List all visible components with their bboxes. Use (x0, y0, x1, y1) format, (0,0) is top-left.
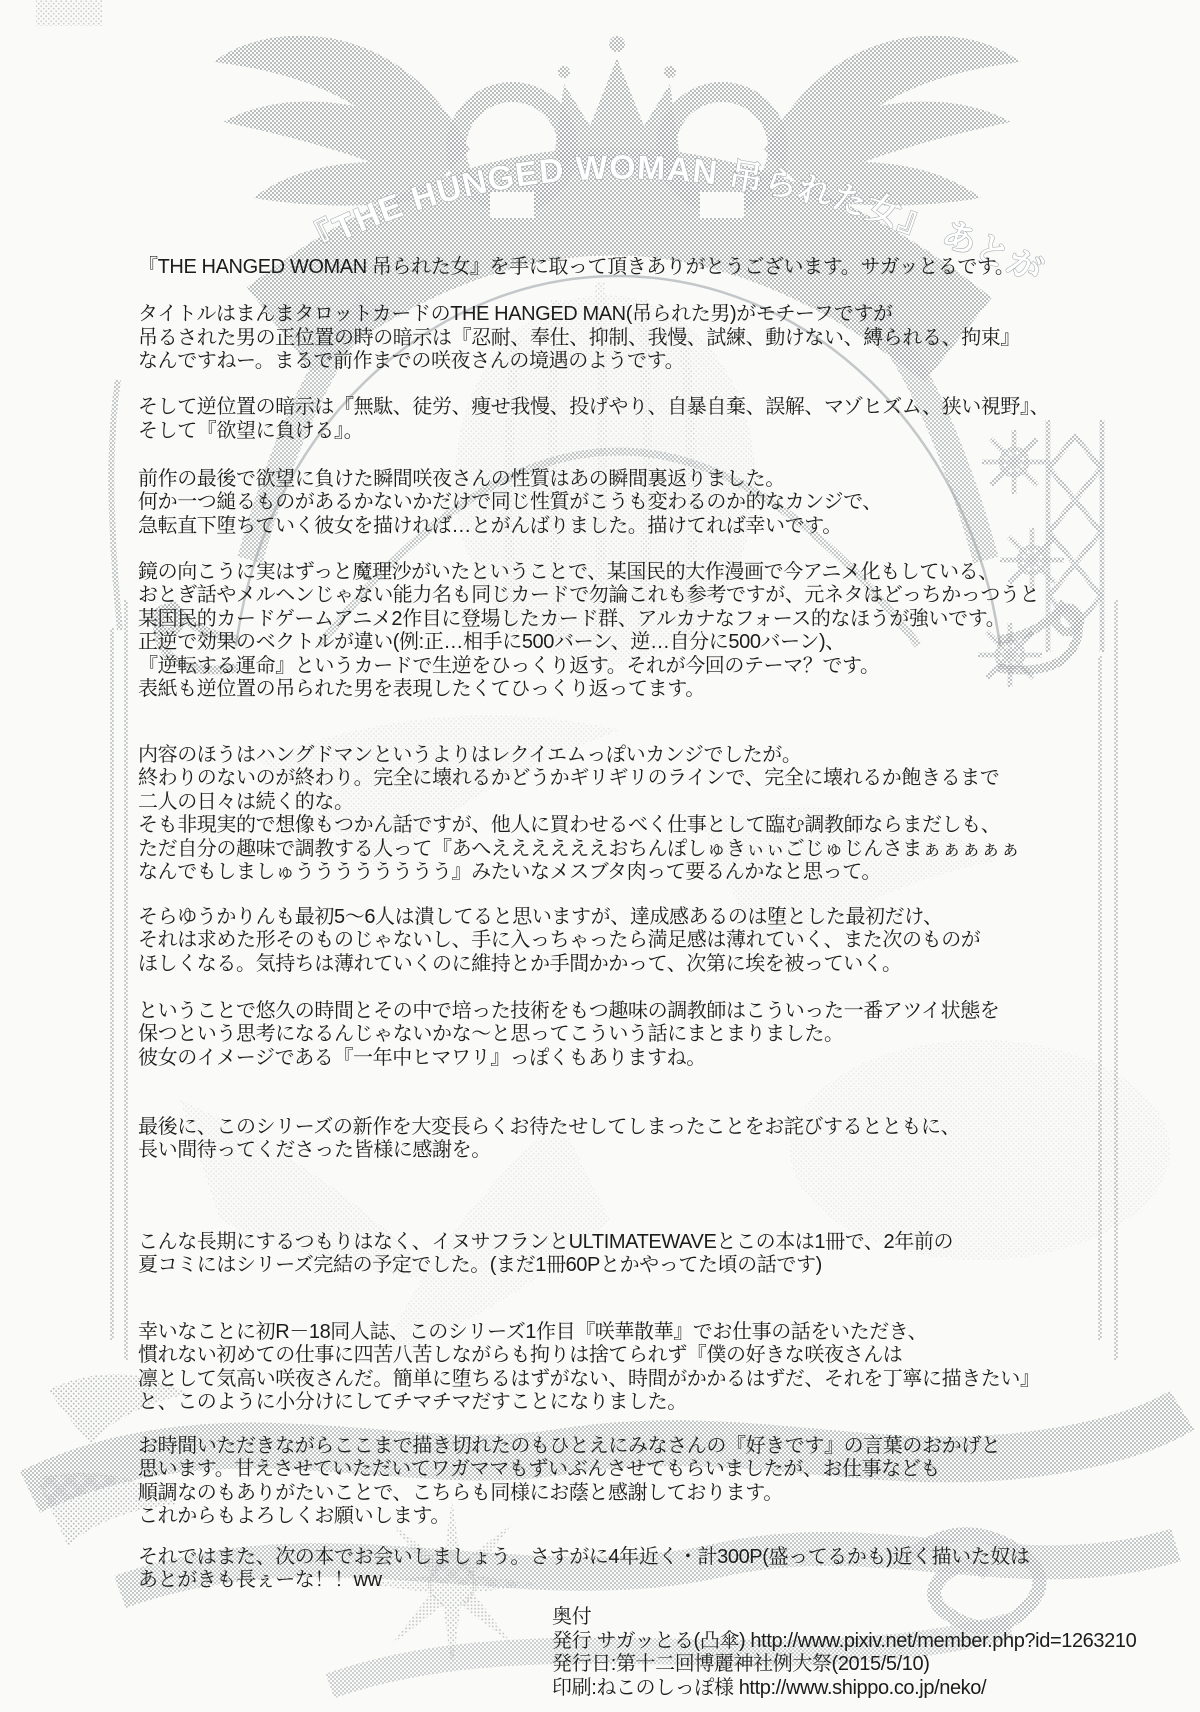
paragraph: 鏡の向こうに実はずっと魔理沙がいたということで、某国民的大作漫画で今アニメ化もし… (138, 561, 1113, 702)
text-line: 『THE HANGED WOMAN 吊られた女』を手に取って頂きありがとうござい… (138, 256, 1113, 280)
text-line: タイトルはまんまタロットカードのTHE HANGED MAN(吊られた男)がモチ… (138, 303, 1113, 327)
text-line: ただ自分の趣味で調教する人って『あへええええええおちんぽしゅきぃぃごじゅじんさま… (138, 838, 1113, 862)
text-line: 夏コミにはシリーズ完結の予定でした。(まだ1冊60Pとかやってた頃の話です) (138, 1254, 1113, 1278)
text-line: 『逆転する運命』というカードで生逆をひっくり返す。それが今回のテーマ？です。 (138, 655, 1113, 679)
colophon-line: 印刷:ねこのしっぽ様 http://www.shippo.co.jp/neko/ (552, 1677, 1136, 1701)
text-line: 前作の最後で欲望に負けた瞬間咲夜さんの性質はあの瞬間裏返りました。 (138, 468, 1113, 492)
colophon-line: 発行日:第十二回博麗神社例大祭(2015/5/10) (552, 1653, 1136, 1677)
text-line: 保つという思考になるんじゃないかな～と思ってこういう話にまとまりました。 (138, 1023, 1113, 1047)
text-line: お時間いただきながらここまで描き切れたのもひとえにみなさんの『好きです』の言葉の… (138, 1435, 1113, 1459)
colophon-lines: 発行 サガッとる(凸傘) http://www.pixiv.net/member… (552, 1630, 1136, 1701)
text-line: それは求めた形そのものじゃないし、手に入っちゃったら満足感は薄れていく、また次の… (138, 929, 1113, 953)
text-line: そして逆位置の暗示は『無駄、徒労、痩せ我慢、投げやり、自暴自棄、誤解、マゾヒズム… (138, 396, 1113, 420)
colophon-heading: 奥付 (552, 1606, 1136, 1630)
text-line: こんな長期にするつもりはなく、イヌサフランとULTIMATEWAVEとこの本は1… (138, 1231, 1113, 1255)
text-line: 吊るされた男の正位置の時の暗示は『忍耐、奉仕、抑制、我慢、試練、動けない、縛られ… (138, 327, 1113, 351)
paragraph: 内容のほうはハングドマンというよりはレクイエムっぽいカンジでしたが。終わりのない… (138, 744, 1113, 885)
paragraph: そらゆうかりんも最初5～6人は潰してると思いますが、達成感あるのは堕とした最初だ… (138, 906, 1113, 977)
text-line: 正逆で効果のベクトルが違い(例:正…相手に500バーン、逆…自分に500バーン)… (138, 631, 1113, 655)
scan-smudge (36, 0, 102, 26)
text-line: これからもよろしくお願いします。 (138, 1505, 1113, 1529)
text-line: と、このように小分けにしてチマチマだすことになりました。 (138, 1391, 1113, 1415)
text-line: 急転直下堕ちていく彼女を描ければ…とがんばりました。描けてれば幸いです。 (138, 515, 1113, 539)
text-line: 思います。甘えさせていただいてワガママもずいぶんさせてもらいましたが、お仕事など… (138, 1458, 1113, 1482)
colophon-line: 発行 サガッとる(凸傘) http://www.pixiv.net/member… (552, 1630, 1136, 1654)
text-line: そらゆうかりんも最初5～6人は潰してると思いますが、達成感あるのは堕とした最初だ… (138, 906, 1113, 930)
text-line: なんでもしましゅうううううううう』みたいなメスブタ肉って要るんかなと思って。 (138, 861, 1113, 885)
text-line: それではまた、次の本でお会いしましょう。さすがに4年近く・計300P(盛ってるか… (138, 1546, 1113, 1570)
paragraph: 最後に、このシリーズの新作を大変長らくお待たせしてしまったことをお詫びするととも… (138, 1116, 1113, 1163)
text-line: 順調なのもありがたいことで、こちらも同様にお蔭と感謝しております。 (138, 1482, 1113, 1506)
text-line: そして『欲望に負ける』。 (138, 420, 1113, 444)
scanned-afterword-page: 『THE HUNGED WOMAN 吊られた女』 あとがき 『THE HANGE… (0, 0, 1200, 1712)
paragraph: お時間いただきながらここまで描き切れたのもひとえにみなさんの『好きです』の言葉の… (138, 1435, 1113, 1529)
paragraph: それではまた、次の本でお会いしましょう。さすがに4年近く・計300P(盛ってるか… (138, 1546, 1113, 1593)
paragraph: 前作の最後で欲望に負けた瞬間咲夜さんの性質はあの瞬間裏返りました。何か一つ縋るも… (138, 468, 1113, 539)
text-line: 幸いなことに初R－18同人誌、このシリーズ1作目『咲華散華』でお仕事の話をいただ… (138, 1321, 1113, 1345)
text-line: 何か一つ縋るものがあるかないかだけで同じ性質がこうも変わるのか的なカンジで、 (138, 491, 1113, 515)
text-line: 終わりのないのが終わり。完全に壊れるかどうかギリギリのラインで、完全に壊れるか飽… (138, 767, 1113, 791)
text-line: 二人の日々は続く的な。 (138, 791, 1113, 815)
text-line: ほしくなる。気持ちは薄れていくのに維持とか手間かかって、次第に埃を被っていく。 (138, 953, 1113, 977)
text-line: 内容のほうはハングドマンというよりはレクイエムっぽいカンジでしたが。 (138, 744, 1113, 768)
paragraph: 『THE HANGED WOMAN 吊られた女』を手に取って頂きありがとうござい… (138, 256, 1113, 280)
paragraph: タイトルはまんまタロットカードのTHE HANGED MAN(吊られた男)がモチ… (138, 303, 1113, 374)
text-line: 某国民的カードゲームアニメ2作目に登場したカード群、アルカナなフォース的なほうが… (138, 608, 1113, 632)
paragraph: そして逆位置の暗示は『無駄、徒労、痩せ我慢、投げやり、自暴自棄、誤解、マゾヒズム… (138, 396, 1113, 443)
paragraph: こんな長期にするつもりはなく、イヌサフランとULTIMATEWAVEとこの本は1… (138, 1231, 1113, 1278)
text-line: なんですねー。まるで前作までの咲夜さんの境遇のようです。 (138, 350, 1113, 374)
afterword-text: 『THE HANGED WOMAN 吊られた女』を手に取って頂きありがとうござい… (138, 256, 1113, 1593)
paragraph: ということで悠久の時間とその中で培った技術をもつ趣味の調教師はこういった一番アツ… (138, 1000, 1113, 1071)
text-line: おとぎ話やメルヘンじゃない能力名も同じカードで勿論これも参考ですが、元ネタはどっ… (138, 584, 1113, 608)
text-line: 鏡の向こうに実はずっと魔理沙がいたということで、某国民的大作漫画で今アニメ化もし… (138, 561, 1113, 585)
text-line: 表紙も逆位置の吊られた男を表現したくてひっくり返ってます。 (138, 678, 1113, 702)
text-line: ということで悠久の時間とその中で培った技術をもつ趣味の調教師はこういった一番アツ… (138, 1000, 1113, 1024)
text-line: 凛として気高い咲夜さんだ。簡単に堕ちるはずがない、時間がかかるはずだ、それを丁寧… (138, 1368, 1113, 1392)
text-line: あとがきも長ぇーな！！ww (138, 1569, 1113, 1593)
text-line: 最後に、このシリーズの新作を大変長らくお待たせしてしまったことをお詫びするととも… (138, 1116, 1113, 1140)
paragraph: 幸いなことに初R－18同人誌、このシリーズ1作目『咲華散華』でお仕事の話をいただ… (138, 1321, 1113, 1415)
text-line: 彼女のイメージである『一年中ヒマワリ』っぽくもありますね。 (138, 1047, 1113, 1071)
text-line: そも非現実的で想像もつかん話ですが、他人に買わせるべく仕事として臨む調教師ならま… (138, 814, 1113, 838)
text-line: 長い間待ってくださった皆様に感謝を。 (138, 1139, 1113, 1163)
text-line: 慣れない初めての仕事に四苦八苦しながらも拘りは捨てられず『僕の好きな咲夜さんは (138, 1344, 1113, 1368)
colophon: 奥付 発行 サガッとる(凸傘) http://www.pixiv.net/mem… (552, 1606, 1136, 1700)
